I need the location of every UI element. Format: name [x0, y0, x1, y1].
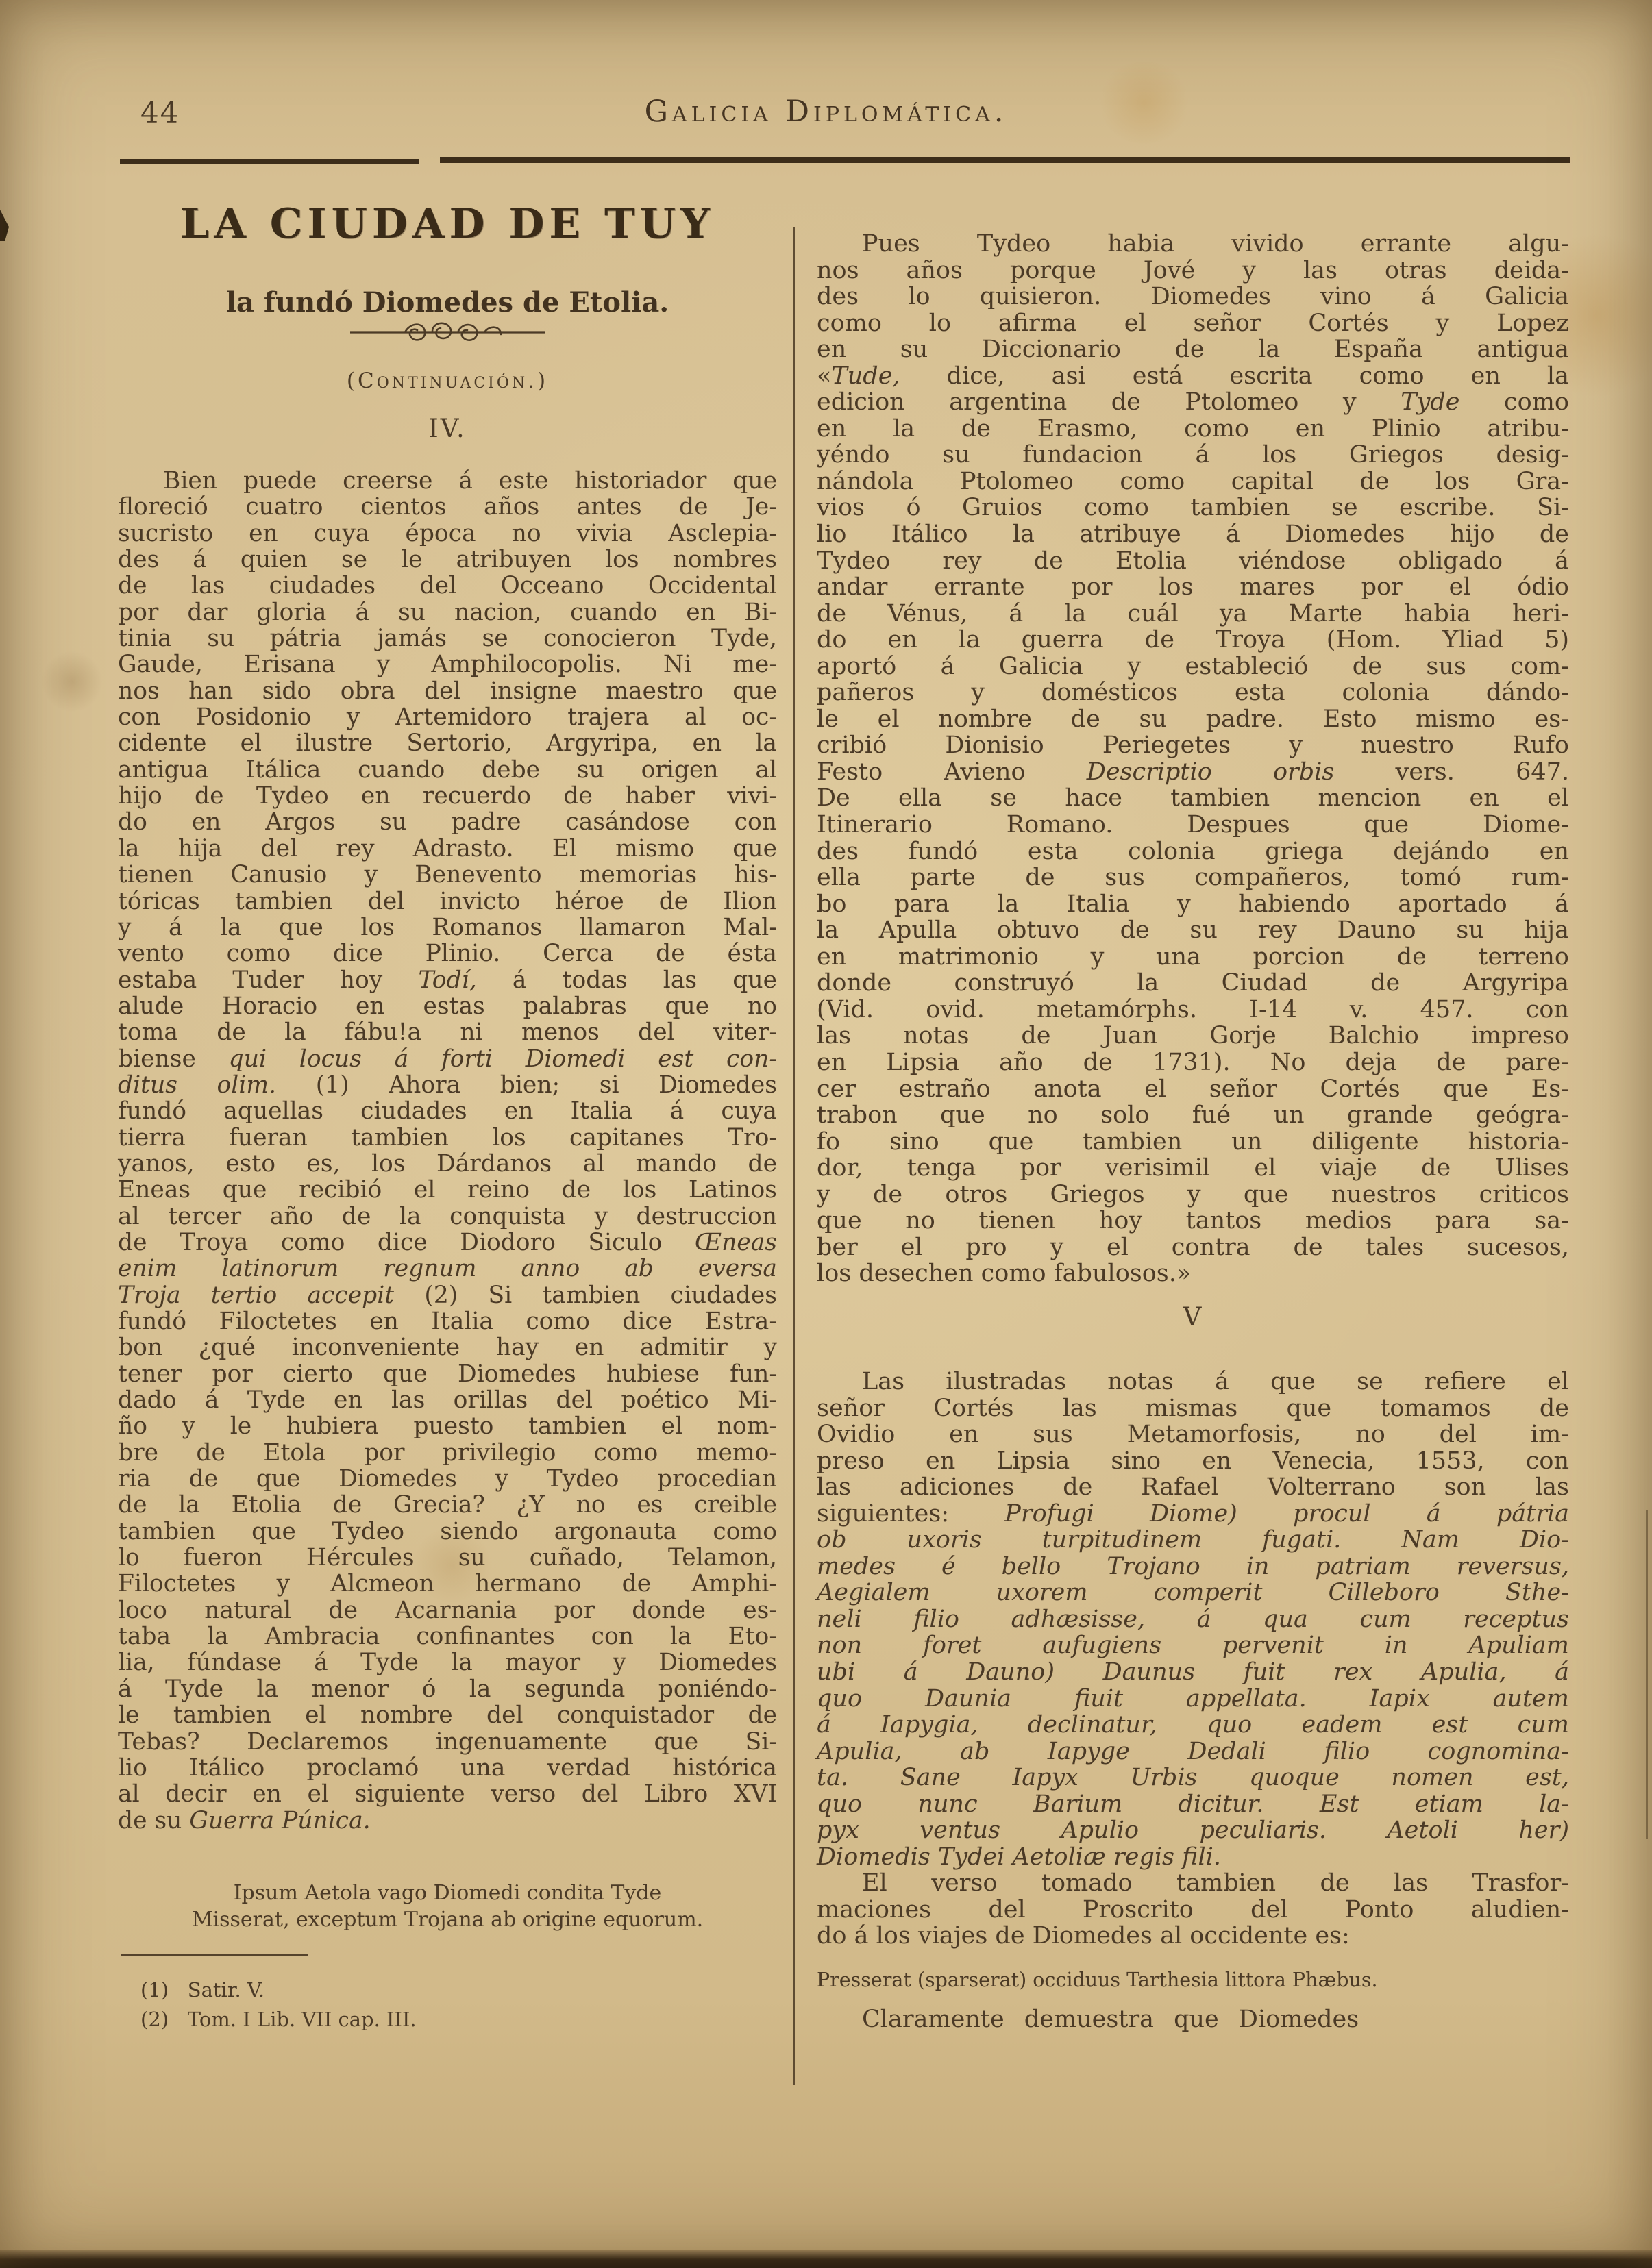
text-line: (Vid. ovid. metamórphs. I-14 v. 457. con — [817, 997, 1569, 1023]
text-line: nándola Ptolomeo como capital de los Gra… — [817, 469, 1569, 495]
text-line: Gaude, Erisana y Amphilocopolis. Ni me- — [118, 651, 777, 677]
text-line: ria de que Diomedes y Tydeo procedian — [118, 1466, 777, 1492]
text-line: á Iapygia, declinatur, quo eadem est cum — [817, 1712, 1569, 1739]
text-line: Filoctetes y Alcmeon hermano de Amphi- — [118, 1571, 777, 1597]
text-line: trabon que no solo fué un grande geógra- — [817, 1102, 1569, 1129]
text-line: á Tyde la menor ó la segunda poniéndo- — [118, 1676, 777, 1702]
text-line: «Tude, dice, asi está escrita como en la — [817, 363, 1569, 390]
text-line: Ipsum Aetola vago Diomedi condita Tyde — [118, 1880, 777, 1906]
text-line: ob uxoris turpitudinem fugati. Nam Dio- — [817, 1527, 1569, 1554]
text-line: Itinerario Romano. Despues que Diome- — [817, 812, 1569, 838]
text-line: floreció cuatro cientos años antes de Je… — [118, 494, 777, 520]
footnote-separator-rule — [121, 1954, 308, 1956]
text-line: al tercer año de la conquista y destrucc… — [118, 1204, 777, 1230]
text-line: Pues Tydeo habia vivido errante algu- — [817, 231, 1569, 258]
text-line: la hija del rey Adrasto. El mismo que — [118, 836, 777, 862]
article-header: LA CIUDAD DE TUY la fundó Diomedes de Et… — [118, 200, 777, 474]
text-line: alude Horacio en estas palabras que no — [118, 993, 777, 1019]
text-line: cer estraño anota el señor Cortés que Es… — [817, 1076, 1569, 1103]
text-line: non foret aufugiens pervenit in Apuliam — [817, 1632, 1569, 1659]
text-line: (2) Tom. I Lib. VII cap. III. — [140, 2005, 757, 2034]
text-line: tener por cierto que Diomedes hubiese fu… — [118, 1361, 777, 1387]
text-line: Ovidio en sus Metamorfosis, no del im- — [817, 1421, 1569, 1448]
text-line: tambien que Tydeo siendo argonauta como — [118, 1519, 777, 1545]
text-line: los desechen como fabulosos.» — [817, 1260, 1569, 1287]
text-line: fundó aquellas ciudades en Italia á cuya — [118, 1098, 777, 1124]
right-column-text: Pues Tydeo habia vivido errante algu-nos… — [817, 231, 1569, 1287]
text-line: des lo quisieron. Diomedes vino á Galici… — [817, 284, 1569, 310]
text-line: biense qui locus á forti Diomedi est con… — [118, 1046, 777, 1072]
left-column-text: Bien puede creerse á este historiador qu… — [118, 468, 777, 1834]
text-line: Aegialem uxorem comperit Cilleboro Sthe- — [817, 1580, 1569, 1606]
text-line: loco natural de Acarnania por donde es- — [118, 1597, 777, 1623]
text-line: do en Argos su padre casándose con — [118, 809, 777, 835]
text-line: con Posidonio y Artemidoro trajera al oc… — [118, 704, 777, 730]
text-line: ño y le hubiera puesto tambien el nom- — [118, 1413, 777, 1439]
text-line: taba la Ambracia confinantes con la Eto- — [118, 1623, 777, 1649]
text-line: lio Itálico proclamó una verdad históric… — [118, 1755, 777, 1781]
text-line: pyx ventus Apulio peculiaris. Aetoli her… — [817, 1817, 1569, 1844]
text-line: sucristo en cuya época no vivia Asclepia… — [118, 521, 777, 547]
text-line: de su Guerra Púnica. — [118, 1808, 777, 1834]
text-line: señor Cortés las mismas que tomamos de — [817, 1395, 1569, 1422]
text-line: andar errante por los mares por el ódio — [817, 574, 1569, 601]
text-line: nos años porque Jové y las otras deida- — [817, 258, 1569, 284]
text-line: ubi á Dauno) Daunus fuit rex Apulia, á — [817, 1659, 1569, 1686]
text-line: vios ó Gruios como tambien se escribe. S… — [817, 495, 1569, 521]
text-line: Diomedis Tydei Aetoliæ regis fili. — [817, 1844, 1569, 1871]
text-line: dado á Tyde en las orillas del poético M… — [118, 1387, 777, 1413]
text-line: yanos, esto es, los Dárdanos al mando de — [118, 1151, 777, 1177]
text-line: hijo de Tydeo en recuerdo de haber vivi- — [118, 783, 777, 809]
text-line: Troja tertio accepit (2) Si tambien ciud… — [118, 1282, 777, 1308]
text-line: (1) Satir. V. — [140, 1976, 757, 2005]
text-line: maciones del Proscrito del Ponto aludien… — [817, 1897, 1569, 1923]
text-line: aportó á Galicia y estableció de sus com… — [817, 653, 1569, 680]
text-line: que no tienen hoy tantos medios para sa- — [817, 1208, 1569, 1234]
right-column-text: Las ilustradas notas á que se refiere el… — [817, 1369, 1569, 1949]
text-line: edicion argentina de Ptolomeo y Tyde com… — [817, 389, 1569, 416]
text-line: vento como dice Plinio. Cerca de ésta — [118, 940, 777, 967]
paper-stain — [41, 651, 103, 712]
text-line: bon ¿qué inconveniente hay en admitir y — [118, 1334, 777, 1360]
text-line: donde construyó la Ciudad de Argyripa — [817, 970, 1569, 997]
header-rule — [440, 157, 1570, 163]
text-line: lo fueron Hércules su cuñado, Telamon, — [118, 1545, 777, 1571]
text-line: estaba Tuder hoy Todí, á todas las que — [118, 967, 777, 993]
text-line: al decir en el siguiente verso del Libro… — [118, 1781, 777, 1807]
article-subtitle: la fundó Diomedes de Etolia. — [118, 286, 777, 319]
text-line: quo nunc Barium dicitur. Est etiam la- — [817, 1791, 1569, 1818]
text-line: Misserat, exceptum Trojana ab origine eq… — [118, 1906, 777, 1933]
scroll-flourish-ornament — [118, 318, 777, 348]
text-line: antigua Itálica cuando debe su origen al — [118, 757, 777, 783]
section-heading-v: V — [817, 1302, 1569, 1332]
header-rule — [120, 159, 419, 164]
text-line: como lo afirma el señor Cortés y Lopez — [817, 310, 1569, 337]
text-line: en matrimonio y una porcion de terreno — [817, 944, 1569, 971]
text-line: de Vénus, á la cuál ya Marte habia heri- — [817, 601, 1569, 627]
text-line: tienen Canusio y Benevento memorias his- — [118, 862, 777, 888]
text-line: tinia su pátria jamás se conocieron Tyde… — [118, 625, 777, 651]
text-line: lio Itálico la atribuye á Diomedes hijo … — [817, 521, 1569, 548]
text-line: yéndo su fundacion á los Griegos desig- — [817, 442, 1569, 469]
section-heading-iv: IV. — [118, 414, 777, 443]
text-line: las adiciones de Rafael Volterrano son l… — [817, 1474, 1569, 1501]
text-line: Las ilustradas notas á que se refiere el — [817, 1369, 1569, 1395]
text-line: bre de Etola por privilegio como memo- — [118, 1440, 777, 1466]
text-line: le tambien el nombre del conquistador de — [118, 1702, 777, 1728]
text-line: toma de la fábu!a ni menos del viter- — [118, 1019, 777, 1045]
text-line: Tebas? Declaremos ingenuamente que Si- — [118, 1729, 777, 1755]
text-line: de las ciudades del Occeano Occidental — [118, 573, 777, 599]
text-line: El verso tomado tambien de las Trasfor- — [817, 1870, 1569, 1897]
text-line: do en la guerra de Troya (Hom. Yliad 5) — [817, 627, 1569, 653]
text-line: las notas de Juan Gorje Balchio impreso — [817, 1023, 1569, 1049]
text-line: preso en Lipsia sino en Venecia, 1553, c… — [817, 1448, 1569, 1475]
latin-verse: Ipsum Aetola vago Diomedi condita TydeMi… — [118, 1880, 777, 1933]
scanned-page: 44 Galicia Diplomática. LA CIUDAD DE TUY… — [0, 0, 1652, 2268]
text-line: cidente el ilustre Sertorio, Argyripa, e… — [118, 730, 777, 756]
article-title: LA CIUDAD DE TUY — [118, 200, 777, 248]
text-line: bo para la Italia y habiendo aportado á — [817, 891, 1569, 918]
text-line: neli filio adhæsisse, á qua cum receptus — [817, 1606, 1569, 1633]
footnotes: (1) Satir. V.(2) Tom. I Lib. VII cap. II… — [140, 1976, 757, 2034]
text-line: des á quien se le atribuyen los nombres — [118, 547, 777, 573]
text-line: Tydeo rey de Etolia viéndose obligado á — [817, 548, 1569, 575]
latin-verse: Presserat (sparserat) occiduus Tarthesia… — [817, 1969, 1569, 1991]
text-line: quo Daunia fiuit appellata. Iapix autem — [817, 1686, 1569, 1712]
journal-title: Galicia Diplomática. — [0, 95, 1652, 129]
scan-edge-artifact — [0, 2250, 1652, 2268]
text-line: por dar gloria á su nacion, cuando en Bi… — [118, 599, 777, 625]
closing-line: Claramente demuestra que Diomedes — [817, 2006, 1569, 2033]
text-line: medes é bello Trojano in patriam reversu… — [817, 1554, 1569, 1580]
text-line: des fundó esta colonia griega dejándo en — [817, 838, 1569, 865]
text-line: la Apulla obtuvo de su rey Dauno su hija — [817, 917, 1569, 944]
text-line: fo sino que tambien un diligente histori… — [817, 1129, 1569, 1156]
text-line: nos han sido obra del insigne maestro qu… — [118, 678, 777, 704]
text-line: ber el pro y el contra de tales sucesos, — [817, 1234, 1569, 1261]
text-line: fundó Filoctetes en Italia como dice Est… — [118, 1308, 777, 1334]
text-line: ditus olim. (1) Ahora bien; si Diomedes — [118, 1072, 777, 1098]
text-line: tóricas tambien del invicto héroe de Ili… — [118, 888, 777, 914]
text-line: de la Etolia de Grecia? ¿Y no es creible — [118, 1492, 777, 1518]
text-line: pañeros y domésticos esta colonia dándo- — [817, 680, 1569, 706]
text-line: Eneas que recibió el reino de los Latino… — [118, 1177, 777, 1203]
text-line: en la de Erasmo, como en Plinio atribu- — [817, 416, 1569, 443]
scan-edge-artifact — [0, 210, 9, 241]
text-line: en su Diccionario de la España antigua — [817, 336, 1569, 363]
text-line: en Lipsia año de 1731). No deja de pare- — [817, 1049, 1569, 1076]
text-line: Apulia, ab Iapyge Dedali filio cognomina… — [817, 1739, 1569, 1765]
text-line: De ella se hace tambien mencion en el — [817, 785, 1569, 812]
text-line: enim latinorum regnum anno ab eversa — [118, 1256, 777, 1282]
text-line: Festo Avieno Descriptio orbis vers. 647. — [817, 759, 1569, 786]
text-line: Bien puede creerse á este historiador qu… — [118, 468, 777, 494]
text-line: y de otros Griegos y que nuestros critic… — [817, 1182, 1569, 1208]
text-line: ella parte de sus compañeros, tomó rum- — [817, 864, 1569, 891]
text-line: cribió Dionisio Periegetes y nuestro Ruf… — [817, 732, 1569, 759]
text-line: ta. Sane Iapyx Urbis quoque nomen est, — [817, 1765, 1569, 1791]
continuation-note: (Continuación.) — [118, 369, 777, 393]
text-line: lia, fúndase á Tyde la mayor y Diomedes — [118, 1649, 777, 1675]
text-line: do á los viajes de Diomedes al occidente… — [817, 1923, 1569, 1949]
text-line: de Troya como dice Diodoro Siculo Œneas — [118, 1230, 777, 1256]
text-line: dor, tenga por verisimil el viaje de Uli… — [817, 1155, 1569, 1182]
scan-edge-artifact — [1646, 1510, 1648, 1839]
text-line: y á la que los Romanos llamaron Mal- — [118, 914, 777, 940]
text-line: le el nombre de su padre. Esto mismo es- — [817, 706, 1569, 733]
text-line: tierra fueran tambien los capitanes Tro- — [118, 1125, 777, 1151]
column-divider-rule — [793, 227, 795, 2085]
text-line: siguientes: Profugi Diome) procul á pátr… — [817, 1501, 1569, 1528]
